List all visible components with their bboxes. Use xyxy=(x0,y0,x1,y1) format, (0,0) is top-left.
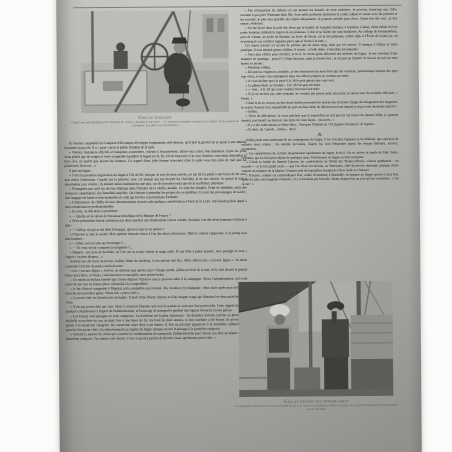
paragraph: Gallay parle sans amertume de ses compag… xyxy=(241,137,398,151)
paragraph: « Peu m'importent les milieux où me port… xyxy=(240,8,397,27)
paragraph: « N'imaginez pas qu'il n'y ait rien d'ép… xyxy=(65,185,247,200)
top-photo-caption: Gallay écrivant D'après une photographie… xyxy=(67,114,243,141)
paragraph: « Les forçats sont partagés en trois cat… xyxy=(66,313,248,333)
paragraph: « Suivant la mesure du crime qui a motiv… xyxy=(66,331,248,342)
paragraph: « Voleurs, banquiers officiels et banqui… xyxy=(64,149,246,169)
photographed-magazine-page: { "scan": { "top_photo": { "caption_titl… xyxy=(0,0,452,452)
paragraph: « C'est ma première impression du bagne … xyxy=(65,172,247,187)
paragraph: C'était écrit au crayon, au dos d'une fe… xyxy=(241,100,398,110)
bottom-photo-caption: Gallay devant ses surveillants Le condam… xyxy=(233,398,399,425)
paragraph: « Tous mes efforts pour m'isoler, écrit-… xyxy=(241,52,398,66)
guards-photo-illustration xyxy=(238,281,393,397)
photo-gallay-with-guards xyxy=(238,281,393,397)
left-text-column: Et l'ancien comptable du Comptoir d'Esco… xyxy=(64,140,248,425)
bottom-photo-caption-note: Le condamné s'entretient sur le pont, pe… xyxy=(233,404,399,412)
photo-gallay-on-deck xyxy=(80,10,229,113)
scanned-page: Gallay écrivant D'après une photographie… xyxy=(56,0,422,452)
paragraph: « D'autres, comme cet extraordinaire Raz… xyxy=(242,173,399,187)
paragraph: « J'ai été bercé dans la toile des rêves… xyxy=(240,25,397,44)
right-column-text: « Peu m'importent les milieux où me port… xyxy=(240,8,398,187)
left-column-text: Et l'ancien comptable du Comptoir d'Esco… xyxy=(64,140,248,341)
deck-photo-illustration xyxy=(80,10,229,113)
top-photo-caption-note: D'après une photographie prise à bord de… xyxy=(67,120,243,128)
right-text-column: « Peu m'importent les milieux où me port… xyxy=(240,8,399,280)
right-column-top-section: « Peu m'importent les milieux où me port… xyxy=(240,8,398,132)
right-column-bottom-section: Gallay parle sans amertume de ses compag… xyxy=(241,137,398,187)
paragraph: « C'était la bande de Renard Catroue, le… xyxy=(241,159,398,173)
